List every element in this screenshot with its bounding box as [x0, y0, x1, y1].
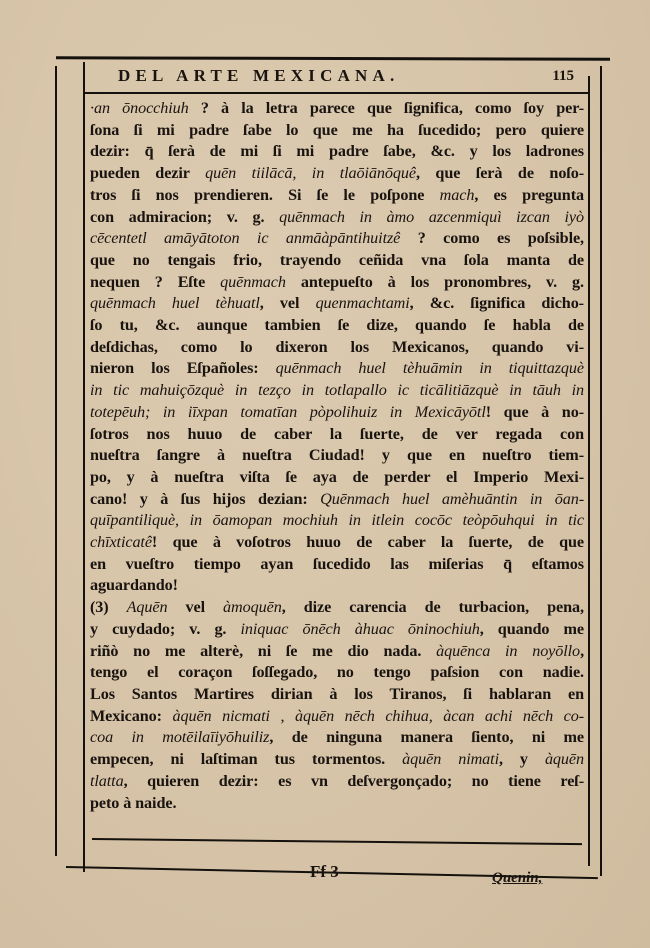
nahuatl-phrase: quīpantiliquè, in ōamopan mochiuh in itl… — [90, 511, 584, 529]
spanish-text: nequen ? Eſte — [90, 273, 220, 291]
spanish-text: peto à naide. — [90, 794, 176, 812]
text-line: cēcentetl amāyātoton ic anmāàpāntihuitzê… — [90, 228, 584, 250]
spanish-text: ? à la letra parece que ſignifica, como … — [189, 99, 584, 117]
text-line: nequen ? Eſte quēnmach antepueſto à los … — [90, 272, 584, 294]
text-line: quīpantiliquè, in ōamopan mochiuh in itl… — [90, 510, 584, 532]
spanish-text: y cuydado; v. g. — [90, 620, 241, 638]
spanish-text: ſo tu, &c. aunque tambien ſe dize, quand… — [90, 316, 584, 334]
spanish-text: Los Santos Martires dirian à los Tiranos… — [90, 685, 584, 703]
text-line: cano! y à ſus hijos dezian: Quēnmach hue… — [90, 489, 584, 511]
text-line: coa in motēilaīiyōhuiliz, de ninguna man… — [90, 727, 584, 749]
spanish-text: riñò no me alterè, ni ſe me dio nada. — [90, 642, 436, 660]
nahuatl-phrase: quēnmach — [220, 273, 286, 291]
text-line: riñò no me alterè, ni ſe me dio nada. àq… — [90, 641, 584, 663]
body-text: ·an ōnocchiuh ? à la letra parece que ſi… — [90, 98, 584, 814]
spanish-text: tros ſi nos prendieren. Si ſe le poſpone — [90, 186, 440, 204]
nahuatl-phrase: àmoquēn — [223, 598, 282, 616]
running-head: DEL ARTE MEXICANA. 115 — [86, 64, 584, 90]
page-number: 115 — [552, 68, 574, 85]
inner-right-frame-rule — [588, 76, 590, 866]
spanish-text: ſotros nos huuo de caber la ſuerte, de v… — [90, 425, 584, 443]
spanish-text: cano! y à ſus hijos dezian: — [90, 490, 320, 508]
text-line: ſona ſi mi padre ſabe lo que me ha ſuced… — [90, 120, 584, 142]
nahuatl-phrase: iniquac ōnēch àhuac ōninochiuh — [241, 620, 480, 638]
nahuatl-phrase: quēn tiilācā, in tlaōiānōquê — [205, 164, 416, 182]
spanish-text: nueſtra ſangre à nueſtra Ciudad! y que e… — [90, 446, 584, 464]
text-line: in tic mahuiçōzquè in tezço in totlapall… — [90, 380, 584, 402]
spanish-text: vel — [167, 598, 223, 616]
text-line: en vueſtro tiempo ayan ſucedido las miſe… — [90, 554, 584, 576]
text-line: ·an ōnocchiuh ? à la letra parece que ſi… — [90, 98, 584, 120]
header-rule — [84, 92, 588, 94]
nahuatl-phrase: quenmachtami — [316, 294, 410, 312]
spanish-text: nieron los Eſpañoles: — [90, 359, 276, 377]
nahuatl-phrase: àquēnca in noyōllo — [436, 642, 580, 660]
nahuatl-phrase: cēcentetl amāyātoton ic anmāàpāntihuitzê — [90, 229, 400, 247]
text-line: po, y à nueſtra viſta ſe aya de perder e… — [90, 467, 584, 489]
nahuatl-phrase: ·an ōnocchiuh — [90, 99, 189, 117]
text-line: ſotros nos huuo de caber la ſuerte, de v… — [90, 424, 584, 446]
spanish-text: ? como es poſsible, — [400, 229, 584, 247]
spanish-text: tengo el coraçon ſoſſegado, no tengo paſ… — [90, 663, 584, 681]
spanish-text: ſona ſi mi padre ſabe lo que me ha ſuced… — [90, 121, 584, 139]
text-line: chīxticatê! que à voſotros huuo de caber… — [90, 532, 584, 554]
spanish-text: , &c. ſignifica dicho- — [410, 294, 584, 312]
text-line: Los Santos Martires dirian à los Tiranos… — [90, 684, 584, 706]
text-line: peto à naide. — [90, 793, 584, 815]
nahuatl-phrase: àquēn nicmati , àquēn nēch chihua, àcan … — [172, 707, 584, 725]
top-frame-rule — [56, 56, 610, 60]
nahuatl-phrase: Aquēn — [127, 598, 168, 616]
text-line: (3) Aquēn vel àmoquēn, dize carencia de … — [90, 597, 584, 619]
nahuatl-phrase: quēnmach huel tèhuatl — [90, 294, 260, 312]
nahuatl-phrase: àquēn — [545, 750, 584, 768]
spanish-text: dezir: q̄ ſerà de mi ſi mi padre ſabe, &… — [90, 142, 584, 160]
catchword: Quenin, — [492, 870, 542, 887]
text-line: nieron los Eſpañoles: quēnmach huel tèhu… — [90, 358, 584, 380]
signature-mark: Ff 3 — [310, 862, 339, 882]
spanish-text: , — [580, 642, 584, 660]
nahuatl-phrase: quēnmach huel tèhuāmin in tiquittazquè — [276, 359, 584, 377]
spanish-text: , que ſerà de noſo- — [416, 164, 584, 182]
spanish-text: que no tengais frio, trayendo ceñida vna… — [90, 251, 584, 269]
spanish-text: con admiracion; v. g. — [90, 208, 279, 226]
nahuatl-phrase: àquēn nimati — [402, 750, 499, 768]
outer-right-frame-rule — [600, 66, 602, 876]
text-line: totepēuh; in iīxpan tomatīan pòpolihuiz … — [90, 402, 584, 424]
text-line: que no tengais frio, trayendo ceñida vna… — [90, 250, 584, 272]
nahuatl-phrase: totepēuh; in iīxpan tomatīan pòpolihuiz … — [90, 403, 486, 421]
nahuatl-phrase: in tic mahuiçōzquè in tezço in totlapall… — [90, 381, 584, 399]
text-line: dezir: q̄ ſerà de mi ſi mi padre ſabe, &… — [90, 141, 584, 163]
spanish-text: en vueſtro tiempo ayan ſucedido las miſe… — [90, 555, 584, 573]
spanish-text: ! que à no- — [486, 403, 584, 421]
text-line: quēnmach huel tèhuatl, vel quenmachtami,… — [90, 293, 584, 315]
spanish-text: aguardando! — [90, 576, 178, 594]
text-line: deſdichas, como lo dixeron los Mexicanos… — [90, 337, 584, 359]
spanish-text: po, y à nueſtra viſta ſe aya de perder e… — [90, 468, 584, 486]
spanish-text: , dize carencia de turbacion, pena, — [282, 598, 584, 616]
outer-left-frame-rule — [55, 66, 57, 856]
spanish-text: antepueſto à los pronombres, v. g. — [286, 273, 584, 291]
text-line: nueſtra ſangre à nueſtra Ciudad! y que e… — [90, 445, 584, 467]
nahuatl-phrase: coa in motēilaīiyōhuiliz — [90, 728, 269, 746]
text-line: y cuydado; v. g. iniquac ōnēch àhuac ōni… — [90, 619, 584, 641]
text-line: tengo el coraçon ſoſſegado, no tengo paſ… — [90, 662, 584, 684]
spanish-text: , quando me — [480, 620, 584, 638]
spanish-text: , de ninguna manera ſiento, ni me — [269, 728, 584, 746]
text-line: empecen, ni laſtiman tus tormentos. àquē… — [90, 749, 584, 771]
nahuatl-phrase: Quēnmach huel amèhuāntin in ōan- — [320, 490, 584, 508]
nahuatl-phrase: chīxticatê — [90, 533, 152, 551]
spanish-text: ! que à voſotros huuo de caber la ſuerte… — [152, 533, 584, 551]
running-title: DEL ARTE MEXICANA. — [118, 66, 399, 86]
text-line: tlatta, quieren dezir: es vn deſvergonça… — [90, 771, 584, 793]
text-line: con admiracion; v. g. quēnmach in àmo az… — [90, 207, 584, 229]
nahuatl-phrase: tlatta — [90, 772, 124, 790]
inner-left-frame-rule — [83, 62, 85, 872]
spanish-text: pueden dezir — [90, 164, 205, 182]
text-line: pueden dezir quēn tiilācā, in tlaōiānōqu… — [90, 163, 584, 185]
text-line: aguardando! — [90, 575, 584, 597]
text-line: Mexicano: àquēn nicmati , àquēn nēch chi… — [90, 706, 584, 728]
spanish-text: , quieren dezir: es vn deſvergonçado; no… — [124, 772, 584, 790]
text-line: tros ſi nos prendieren. Si ſe le poſpone… — [90, 185, 584, 207]
nahuatl-phrase: mach — [440, 186, 475, 204]
nahuatl-phrase: quēnmach in àmo azcenmiquì izcan iyò — [279, 208, 584, 226]
spanish-text: , es pregunta — [474, 186, 584, 204]
spanish-text: Mexicano: — [90, 707, 172, 725]
spanish-text: , y — [499, 750, 545, 768]
text-line: ſo tu, &c. aunque tambien ſe dize, quand… — [90, 315, 584, 337]
spanish-text: (3) — [90, 598, 127, 616]
spanish-text: , vel — [260, 294, 316, 312]
spanish-text: deſdichas, como lo dixeron los Mexicanos… — [90, 338, 584, 356]
spanish-text: empecen, ni laſtiman tus tormentos. — [90, 750, 402, 768]
body-end-rule — [92, 838, 582, 845]
